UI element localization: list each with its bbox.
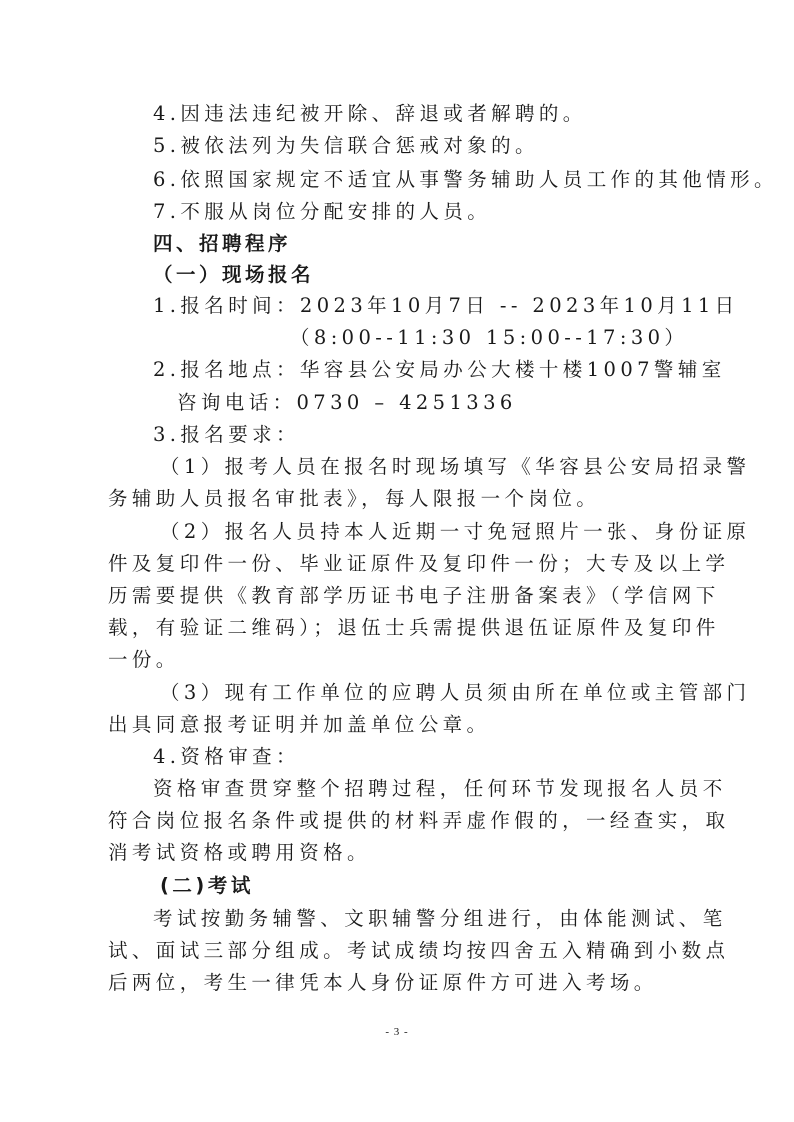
section-heading: （一）现场报名	[153, 263, 314, 287]
paragraph-line: 考试按勤务辅警、文职辅警分组进行，由体能测试、笔	[153, 907, 727, 931]
section-heading: 四、招聘程序	[153, 232, 291, 256]
paragraph-line: （3）现有工作单位的应聘人员须由所在单位或主管部门	[160, 681, 750, 705]
paragraph-line: 消考试资格或聘用资格。	[108, 841, 371, 865]
paragraph-line: 件及复印件一份、毕业证原件及复印件一份；大专及以上学	[108, 552, 729, 576]
paragraph-line: 1.报名时间：2023年10月7日 -- 2023年10月11日	[153, 294, 739, 318]
section-heading: (二)考试	[160, 874, 254, 898]
paragraph-line: 符合岗位报名条件或提供的材料弄虚作假的，一经查实，取	[108, 809, 729, 833]
page-number: - 3 -	[0, 1026, 794, 1038]
paragraph-line: 3.报名要求：	[153, 423, 300, 447]
paragraph-line: （8:00--11:30 15:00--17:30）	[290, 326, 688, 350]
paragraph-line: 资格审查贯穿整个招聘过程，任何环节发现报名人员不	[153, 777, 727, 801]
paragraph-line: 一份。	[108, 648, 180, 672]
paragraph-line: 务辅助人员报名审批表》，每人限报一个岗位。	[108, 487, 600, 511]
paragraph-line: 5.被依法列为失信联合惩戒对象的。	[153, 134, 539, 158]
paragraph-line: 载，有验证二维码）；退伍士兵需提供退伍证原件及复印件	[108, 616, 720, 640]
paragraph-line: 2.报名地点：华容县公安局办公大楼十楼1007警辅室	[153, 358, 726, 382]
paragraph-line: （2）报名人员持本人近期一寸免冠照片一张、身份证原	[160, 520, 750, 544]
paragraph-line: 7.不服从岗位分配安排的人员。	[153, 200, 491, 224]
paragraph-line: 咨询电话：0730 – 4251336	[177, 391, 517, 415]
paragraph-line: 后两位，考生一律凭本人身份证原件方可进入考场。	[108, 971, 658, 995]
paragraph-line: 6.依照国家规定不适宜从事警务辅助人员工作的其他情形。	[153, 168, 778, 192]
document-page: 4.因违法违纪被开除、辞退或者解聘的。5.被依法列为失信联合惩戒对象的。6.依照…	[0, 0, 794, 1122]
paragraph-line: 出具同意报考证明并加盖单位公章。	[108, 713, 490, 737]
paragraph-line: 4.因违法违纪被开除、辞退或者解聘的。	[153, 102, 587, 126]
paragraph-line: 试、面试三部分组成。考试成绩均按四舍五入精确到小数点	[108, 939, 729, 963]
paragraph-line: 历需要提供《教育部学历证书电子注册备案表》（学信网下	[108, 584, 720, 608]
paragraph-line: 4.资格审查：	[153, 745, 300, 769]
paragraph-line: （1）报考人员在报名时现场填写《华容县公安局招录警	[160, 455, 750, 479]
